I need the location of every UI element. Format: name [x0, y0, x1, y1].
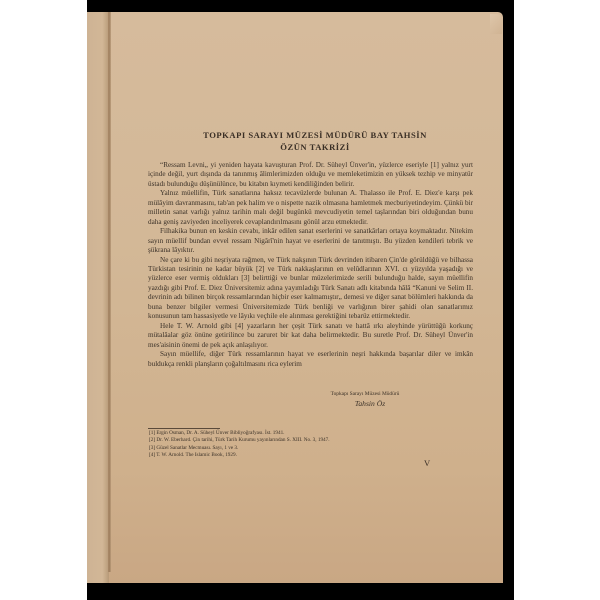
paragraph: “Ressam Levni„ yi yeniden hayata kavuştu…	[148, 161, 473, 189]
paragraph: Yalnız müellifin, Türk sanatlarına haksı…	[148, 189, 473, 227]
footnote: [1] Ergin Osman, Dr. A. Süheyl Ünver Bib…	[149, 430, 469, 437]
document-title: TOPKAPI SARAYI MÜZESİ MÜDÜRÜ BAY TAHSİN …	[150, 129, 480, 153]
footnote-divider	[148, 428, 220, 429]
page-corner-wear	[490, 14, 502, 34]
body-text: “Ressam Levni„ yi yeniden hayata kavuştu…	[148, 161, 473, 369]
signature-name: Tahsin Öz	[300, 398, 430, 410]
previous-page-edge	[87, 12, 109, 583]
signature-block: Topkapı Sarayı Müzesi Müdürü Tahsin Öz	[300, 390, 430, 410]
paragraph: Ne çare ki bu gibi neşriyata rağmen, ve …	[148, 256, 473, 322]
footnote: [3] Güzel Sanatlar Mecmuası. Sayı, 1 ve …	[149, 445, 469, 452]
signature-role: Topkapı Sarayı Müzesi Müdürü	[300, 390, 430, 398]
paragraph: Hele T. W. Arnold gibi [4] yazarların he…	[148, 322, 473, 350]
title-line-1: TOPKAPI SARAYI MÜZESİ MÜDÜRÜ BAY TAHSİN	[150, 129, 480, 141]
footnote: [2] Dr. W. Eberhard. Çin tarihi, Türk Ta…	[149, 437, 469, 444]
page-crease	[108, 12, 111, 572]
footnotes: [1] Ergin Osman, Dr. A. Süheyl Ünver Bib…	[149, 430, 469, 459]
paragraph: Filhakika bunun en keskin cevabı, inkâr …	[148, 227, 473, 255]
page-number: V	[424, 458, 430, 468]
footnote: [4] T. W. Arnold. The Islamic Book, 1929…	[149, 452, 469, 459]
title-line-2: ÖZÜN TAKRİZİ	[150, 141, 480, 153]
paragraph: Sayın müellife, diğer Türk ressamlarının…	[148, 350, 473, 369]
